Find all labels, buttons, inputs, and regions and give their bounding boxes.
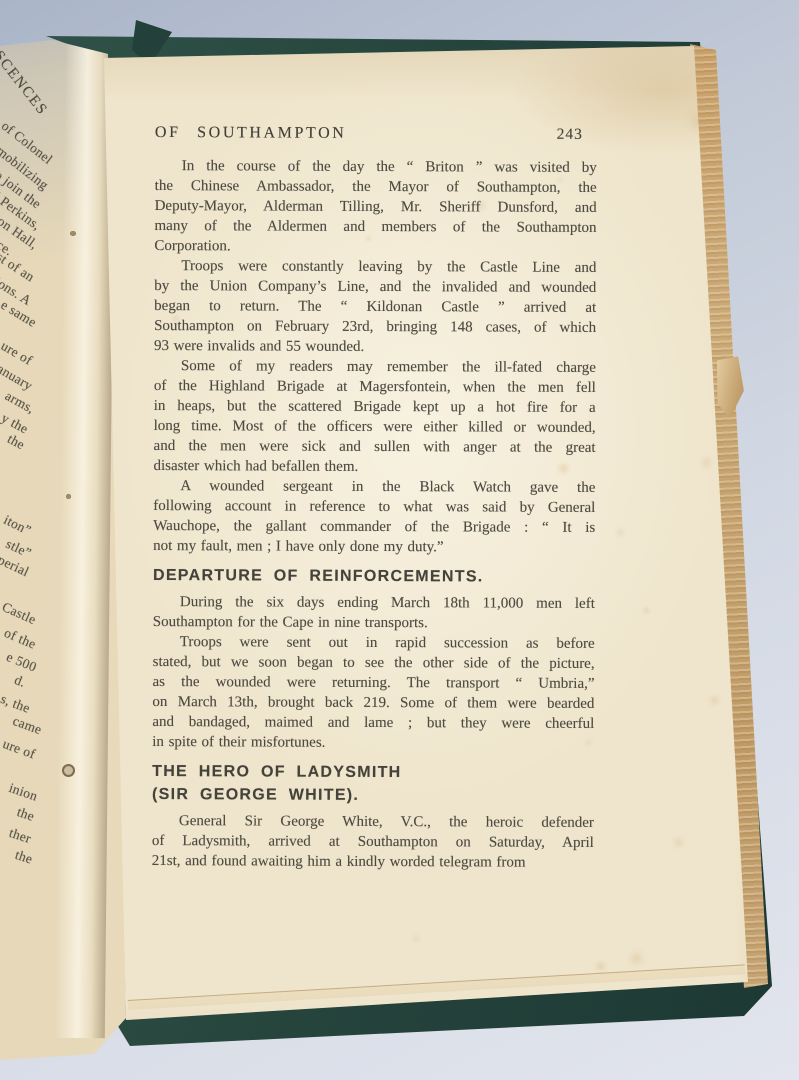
text-line: 93 were invalids and 55 wounded. <box>154 336 596 358</box>
left-page-line-fragment: the <box>13 847 34 868</box>
left-page-line-fragment: Castle <box>0 599 38 628</box>
gutter-speck <box>66 494 71 499</box>
gutter-fold-highlight <box>55 38 115 1038</box>
left-page-running-head-fragment: SCENCES <box>0 48 50 119</box>
text-line: General Sir George White, V.C., the hero… <box>152 811 594 833</box>
text-line: following account in reference to what w… <box>153 496 595 518</box>
section-heading: DEPARTURE OF REINFORCEMENTS. <box>153 564 595 589</box>
left-page-line-fragment: d. <box>12 672 28 691</box>
heading-line: THE HERO OF LADYSMITH <box>152 760 594 785</box>
text-line: of the Highland Brigade at Magersfontein… <box>154 376 596 398</box>
foxing-spots <box>0 0 1 1</box>
section-heading: THE HERO OF LADYSMITH(SIR GEORGE WHITE). <box>152 760 594 808</box>
left-page-line-fragment: the <box>15 804 37 825</box>
left-page-line-fragment: anuary <box>0 361 35 394</box>
text-line: many of the Aldermen and members of the … <box>154 216 596 238</box>
text-line: Wauchope, the gallant commander of the B… <box>153 516 595 538</box>
left-page-line-fragment: of the <box>2 625 39 653</box>
text-line: of Ladysmith, arrived at Southampton on … <box>152 831 594 853</box>
text-line: Corporation. <box>154 236 596 258</box>
text-line: long time. Most of the officers were eit… <box>154 416 596 438</box>
text-line: in spite of their misfortunes. <box>152 732 594 754</box>
text-line: Troops were sent out in rapid succession… <box>153 632 595 654</box>
text-line: disaster which had befallen them. <box>153 456 595 478</box>
left-page-line-fragment: ther <box>7 825 33 847</box>
text-line: Some of my readers may remember the ill-… <box>154 356 596 378</box>
left-page-line-fragment: iton” <box>1 512 34 539</box>
left-page-line-fragment: came <box>11 713 44 738</box>
text-column: OF SOUTHAMPTON 243 In the course of the … <box>152 118 597 873</box>
paragraph: Troops were sent out in rapid succession… <box>152 632 595 754</box>
heading-line: DEPARTURE OF REINFORCEMENTS. <box>153 564 595 589</box>
paragraph: General Sir George White, V.C., the hero… <box>152 811 594 873</box>
text-line: and bandaged, maimed and lame ; but they… <box>152 712 594 734</box>
text-line: Troops were constantly leaving by the Ca… <box>154 256 596 278</box>
text-line: 21st, and found awaiting him a kindly wo… <box>152 851 594 873</box>
text-line: Deputy-Mayor, Alderman Tilling, Mr. Sher… <box>155 196 597 218</box>
text-line: and the men were sick and sullen with an… <box>154 436 596 458</box>
paragraph: A wounded sergeant in the Black Watch ga… <box>153 476 595 558</box>
photo-backdrop: SCENCESof Colonelmobilizingo join thel P… <box>0 0 799 1080</box>
running-head: OF SOUTHAMPTON 243 <box>155 118 597 144</box>
left-page-line-fragment: e 500 <box>4 649 39 675</box>
left-page-line-fragment: inion <box>7 780 40 805</box>
paragraph: During the six days ending March 18th 11… <box>153 592 595 634</box>
text-line: on March 13th, brought back 219. Some of… <box>152 692 594 714</box>
gutter-speck <box>70 231 76 236</box>
text-line: not my fault, men ; I have only done my … <box>153 536 595 558</box>
gutter-hole <box>62 764 75 777</box>
text-line: During the six days ending March 18th 11… <box>153 592 595 614</box>
paragraph: Some of my readers may remember the ill-… <box>153 356 596 478</box>
heading-line: (SIR GEORGE WHITE). <box>152 783 594 808</box>
text-line: Southampton on February 23rd, bringing 1… <box>154 316 596 338</box>
text-line: in heaps, but the scattered Brigade kept… <box>154 396 596 418</box>
text-line: the Chinese Ambassador, the Mayor of Sou… <box>155 176 597 198</box>
paragraph: Troops were constantly leaving by the Ca… <box>154 256 596 358</box>
text-line: stated, but we soon began to see the oth… <box>153 652 595 674</box>
text-line: In the course of the day the “ Briton ” … <box>155 156 597 178</box>
text-line: Southampton for the Cape in nine transpo… <box>153 612 595 634</box>
left-page-line-fragment: ure of <box>1 736 38 763</box>
running-head-title: OF SOUTHAMPTON <box>155 124 347 143</box>
text-line: began to return. The “ Kildonan Castle ”… <box>154 296 596 318</box>
text-line: A wounded sergeant in the Black Watch ga… <box>153 476 595 498</box>
text-line: by the Union Company’s Line, and the inv… <box>154 276 596 298</box>
text-line: as the wounded were returning. The trans… <box>152 672 594 694</box>
paragraph: In the course of the day the “ Briton ” … <box>154 156 596 258</box>
text-blocks: In the course of the day the “ Briton ” … <box>152 156 597 873</box>
page-number: 243 <box>557 126 583 144</box>
